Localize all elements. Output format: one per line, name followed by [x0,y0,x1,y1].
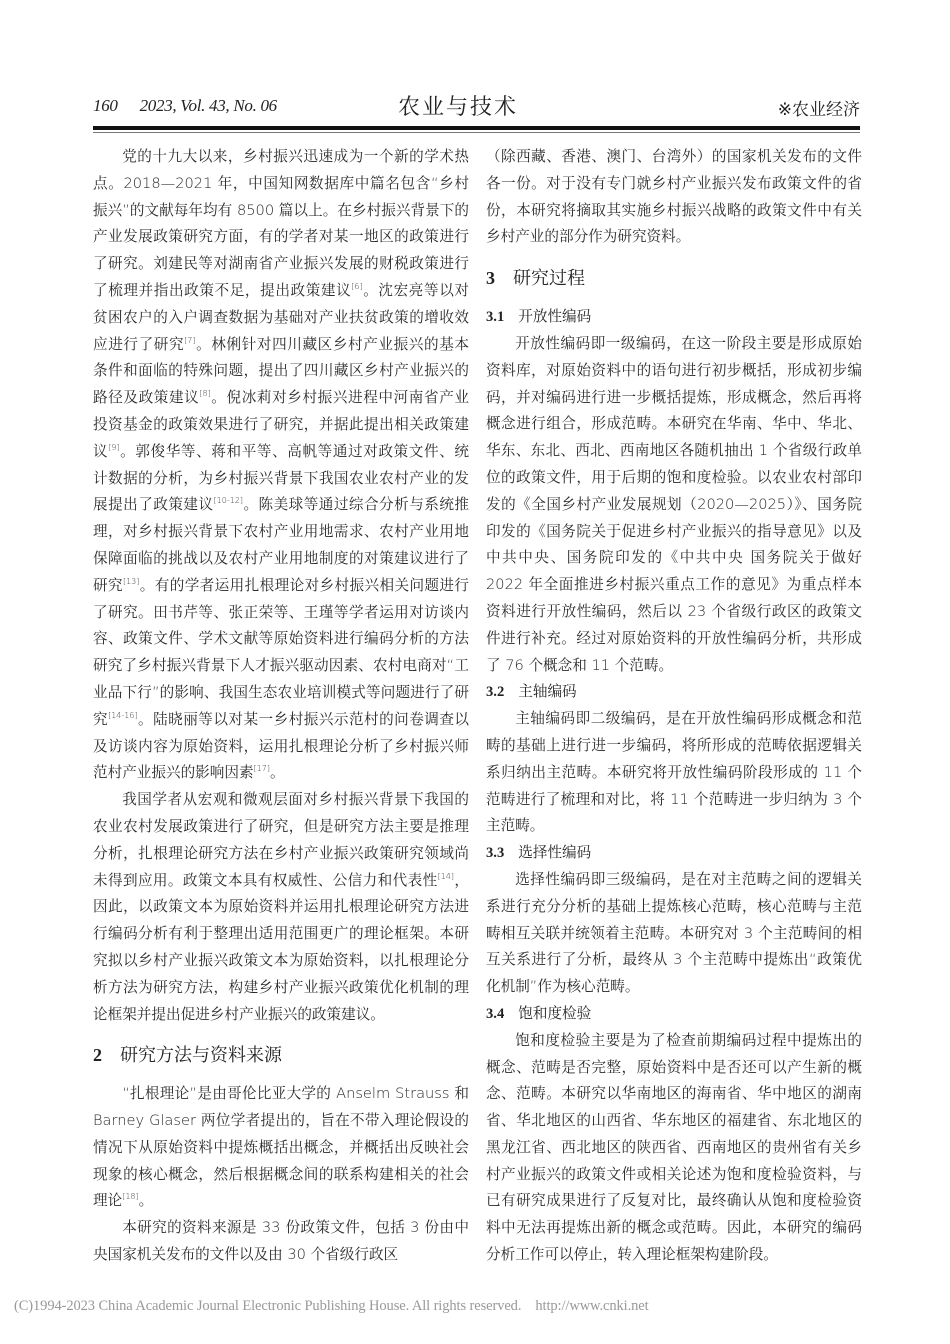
subsection-title: 主轴编码 [518,683,576,700]
subsection-heading-3-2: 3.2主轴编码 [486,679,862,706]
section-title: 研究方法与资料来源 [120,1045,282,1066]
subsection-heading-3-1: 3.1开放性编码 [486,304,862,331]
section-label: ※农业经济 [778,95,860,120]
citation-ref: [8] [199,389,210,398]
subsection-heading-3-3: 3.3选择性编码 [486,840,862,867]
subsection-number: 3.2 [486,684,504,700]
subsection-number: 3.4 [486,1006,504,1022]
subsection-title: 开放性编码 [518,308,591,325]
paragraph-research-gap: 我国学者从宏观和微观层面对乡村振兴背景下我国的农业农村发展政策进行了研究，但是研… [93,787,469,1028]
section-heading-3: 3研究过程 [486,265,862,292]
citation-ref: [14-16] [108,711,138,720]
section-heading-2: 2研究方法与资料来源 [93,1042,469,1069]
citation-ref: [18] [122,1192,138,1201]
right-column: （除西藏、香港、澳门、台湾外）的国家机关发布的文件各一份。对于没有专门就乡村产业… [486,144,862,1269]
section-number: 2 [93,1045,102,1065]
paragraph-data-source: 本研究的资料来源是 33 份政策文件，包括 3 份由中央国家机关发布的文件以及由… [93,1215,469,1269]
left-column: 党的十九大以来，乡村振兴迅速成为一个新的学术热点。2018—2021 年，中国知… [93,144,469,1269]
copyright-text: (C)1994-2023 China Academic Journal Elec… [14,1298,521,1314]
paragraph-open-coding: 开放性编码即一级编码，在这一阶段主要是形成原始资料库，对原始资料中的语句进行初步… [486,331,862,679]
paragraph-intro-literature: 党的十九大以来，乡村振兴迅速成为一个新的学术热点。2018—2021 年，中国知… [93,144,469,787]
citation-ref: [7] [184,336,195,345]
subsection-number: 3.3 [486,845,504,861]
subsection-title: 饱和度检验 [518,1005,591,1022]
citation-ref: [17] [254,764,270,773]
paragraph-data-source-continued: （除西藏、香港、澳门、台湾外）的国家机关发布的文件各一份。对于没有专门就乡村产业… [486,144,862,251]
journal-title: 农业与技术 [398,90,518,121]
citation-ref: [14] [438,872,454,881]
copyright-footer: (C)1994-2023 China Academic Journal Elec… [14,1298,649,1315]
section-title: 研究过程 [513,268,585,289]
paragraph-selective-coding: 选择性编码即三级编码，是在对主范畴之间的逻辑关系进行充分分析的基础上提炼核心范畴… [486,867,862,1001]
paragraph-saturation-test: 饱和度检验主要是为了检查前期编码过程中提炼出的概念、范畴是否完整，原始资料中是否… [486,1028,862,1269]
citation-ref: [10-12] [214,496,244,505]
citation-ref: [6] [351,282,362,291]
section-number: 3 [486,268,495,288]
citation-ref: [9] [108,443,119,452]
header-rule-thin [93,132,860,133]
running-header: 1602023, Vol. 43, No. 06 农业与技术 ※农业经济 [93,90,860,122]
cnki-link[interactable]: http://www.cnki.net [535,1298,648,1314]
subsection-number: 3.1 [486,309,504,325]
subsection-title: 选择性编码 [518,844,591,861]
header-rule-thick [93,126,860,130]
header-issue-info: 1602023, Vol. 43, No. 06 [93,96,299,116]
subsection-heading-3-4: 3.4饱和度检验 [486,1001,862,1028]
paragraph-axial-coding: 主轴编码即二级编码，是在开放性编码形成概念和范畴的基础上进行进一步编码，将所形成… [486,706,862,840]
page-number: 160 [93,96,118,115]
paragraph-grounded-theory: “扎根理论”是由哥伦比亚大学的 Anselm Strauss 和 Barney … [93,1081,469,1215]
citation-ref: [13] [123,577,139,586]
volume-issue: 2023, Vol. 43, No. 06 [140,96,277,115]
